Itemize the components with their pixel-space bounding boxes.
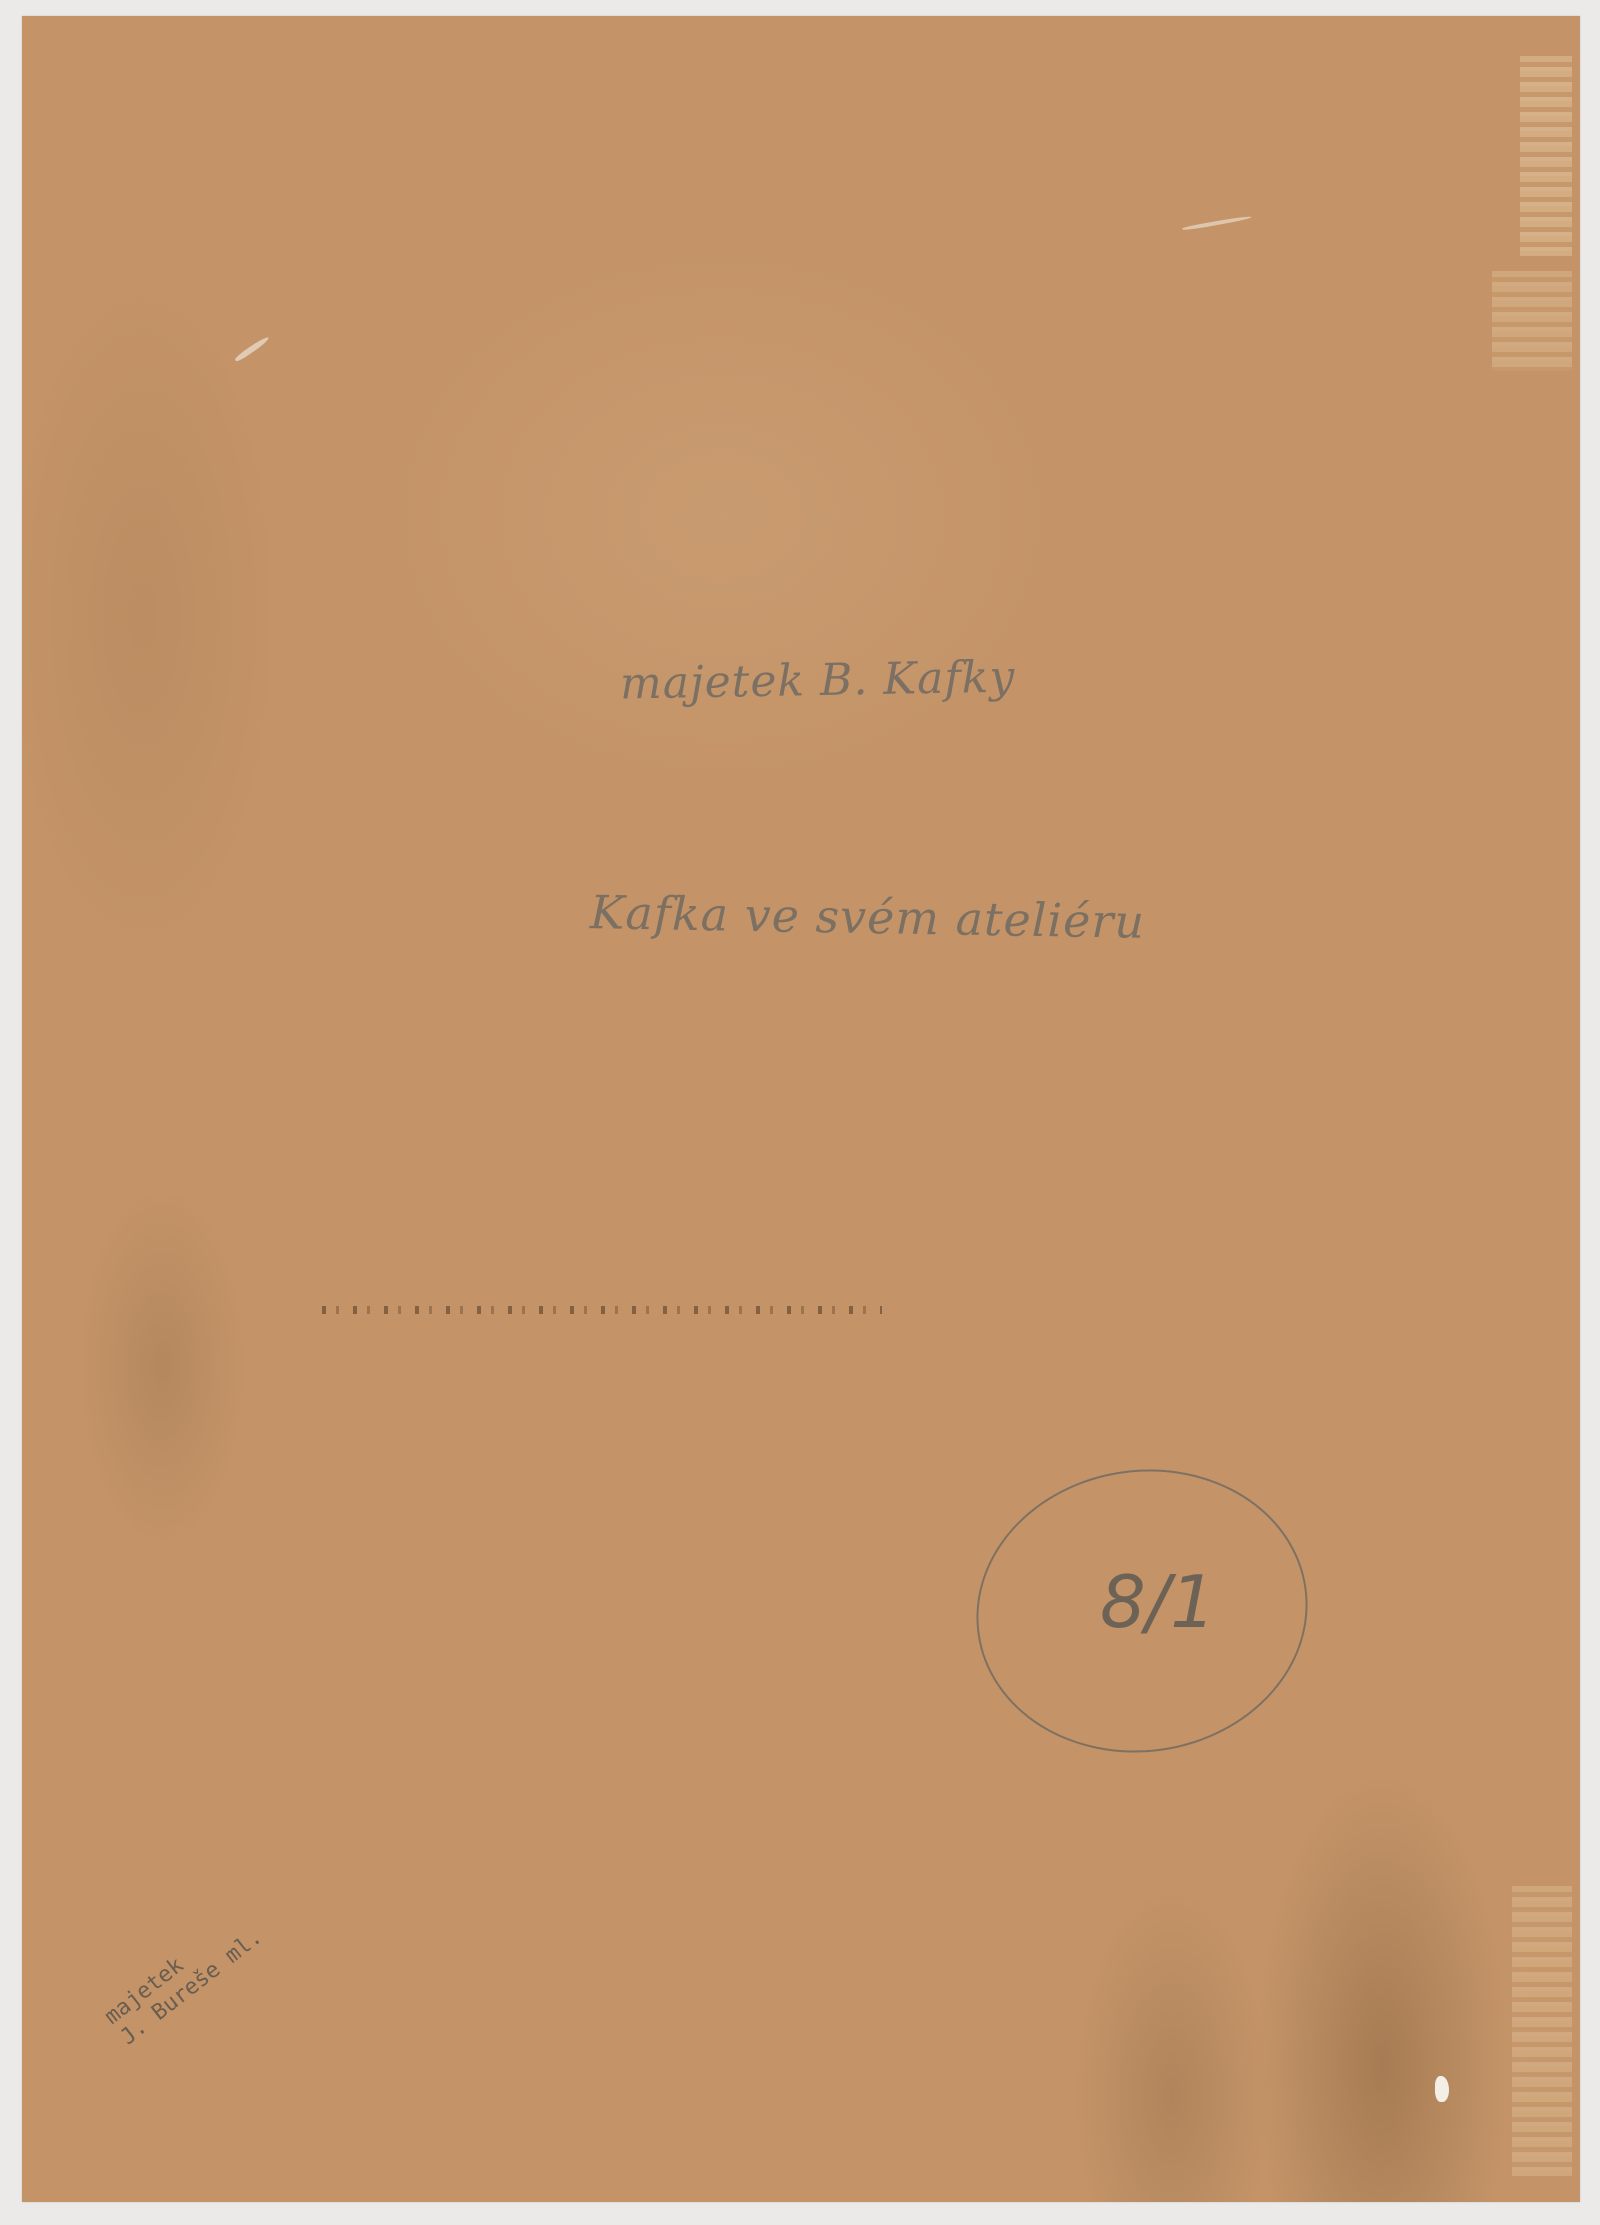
worn-edge-patch: [1520, 56, 1572, 256]
inventory-number: 8/1: [1100, 1560, 1216, 1644]
dotted-residue-line: [322, 1306, 882, 1314]
artwork-board-reverse: [22, 16, 1580, 2202]
worn-edge-patch: [1492, 271, 1572, 371]
provenance-inscription: majetek B. Kafky: [620, 652, 1016, 710]
scratch-mark: [1182, 215, 1252, 231]
title-inscription: Kafka ve svém ateliéru: [590, 885, 1146, 949]
worn-edge-patch: [1512, 1886, 1572, 2176]
scratch-mark: [234, 335, 270, 363]
paint-speck: [1435, 2076, 1449, 2102]
